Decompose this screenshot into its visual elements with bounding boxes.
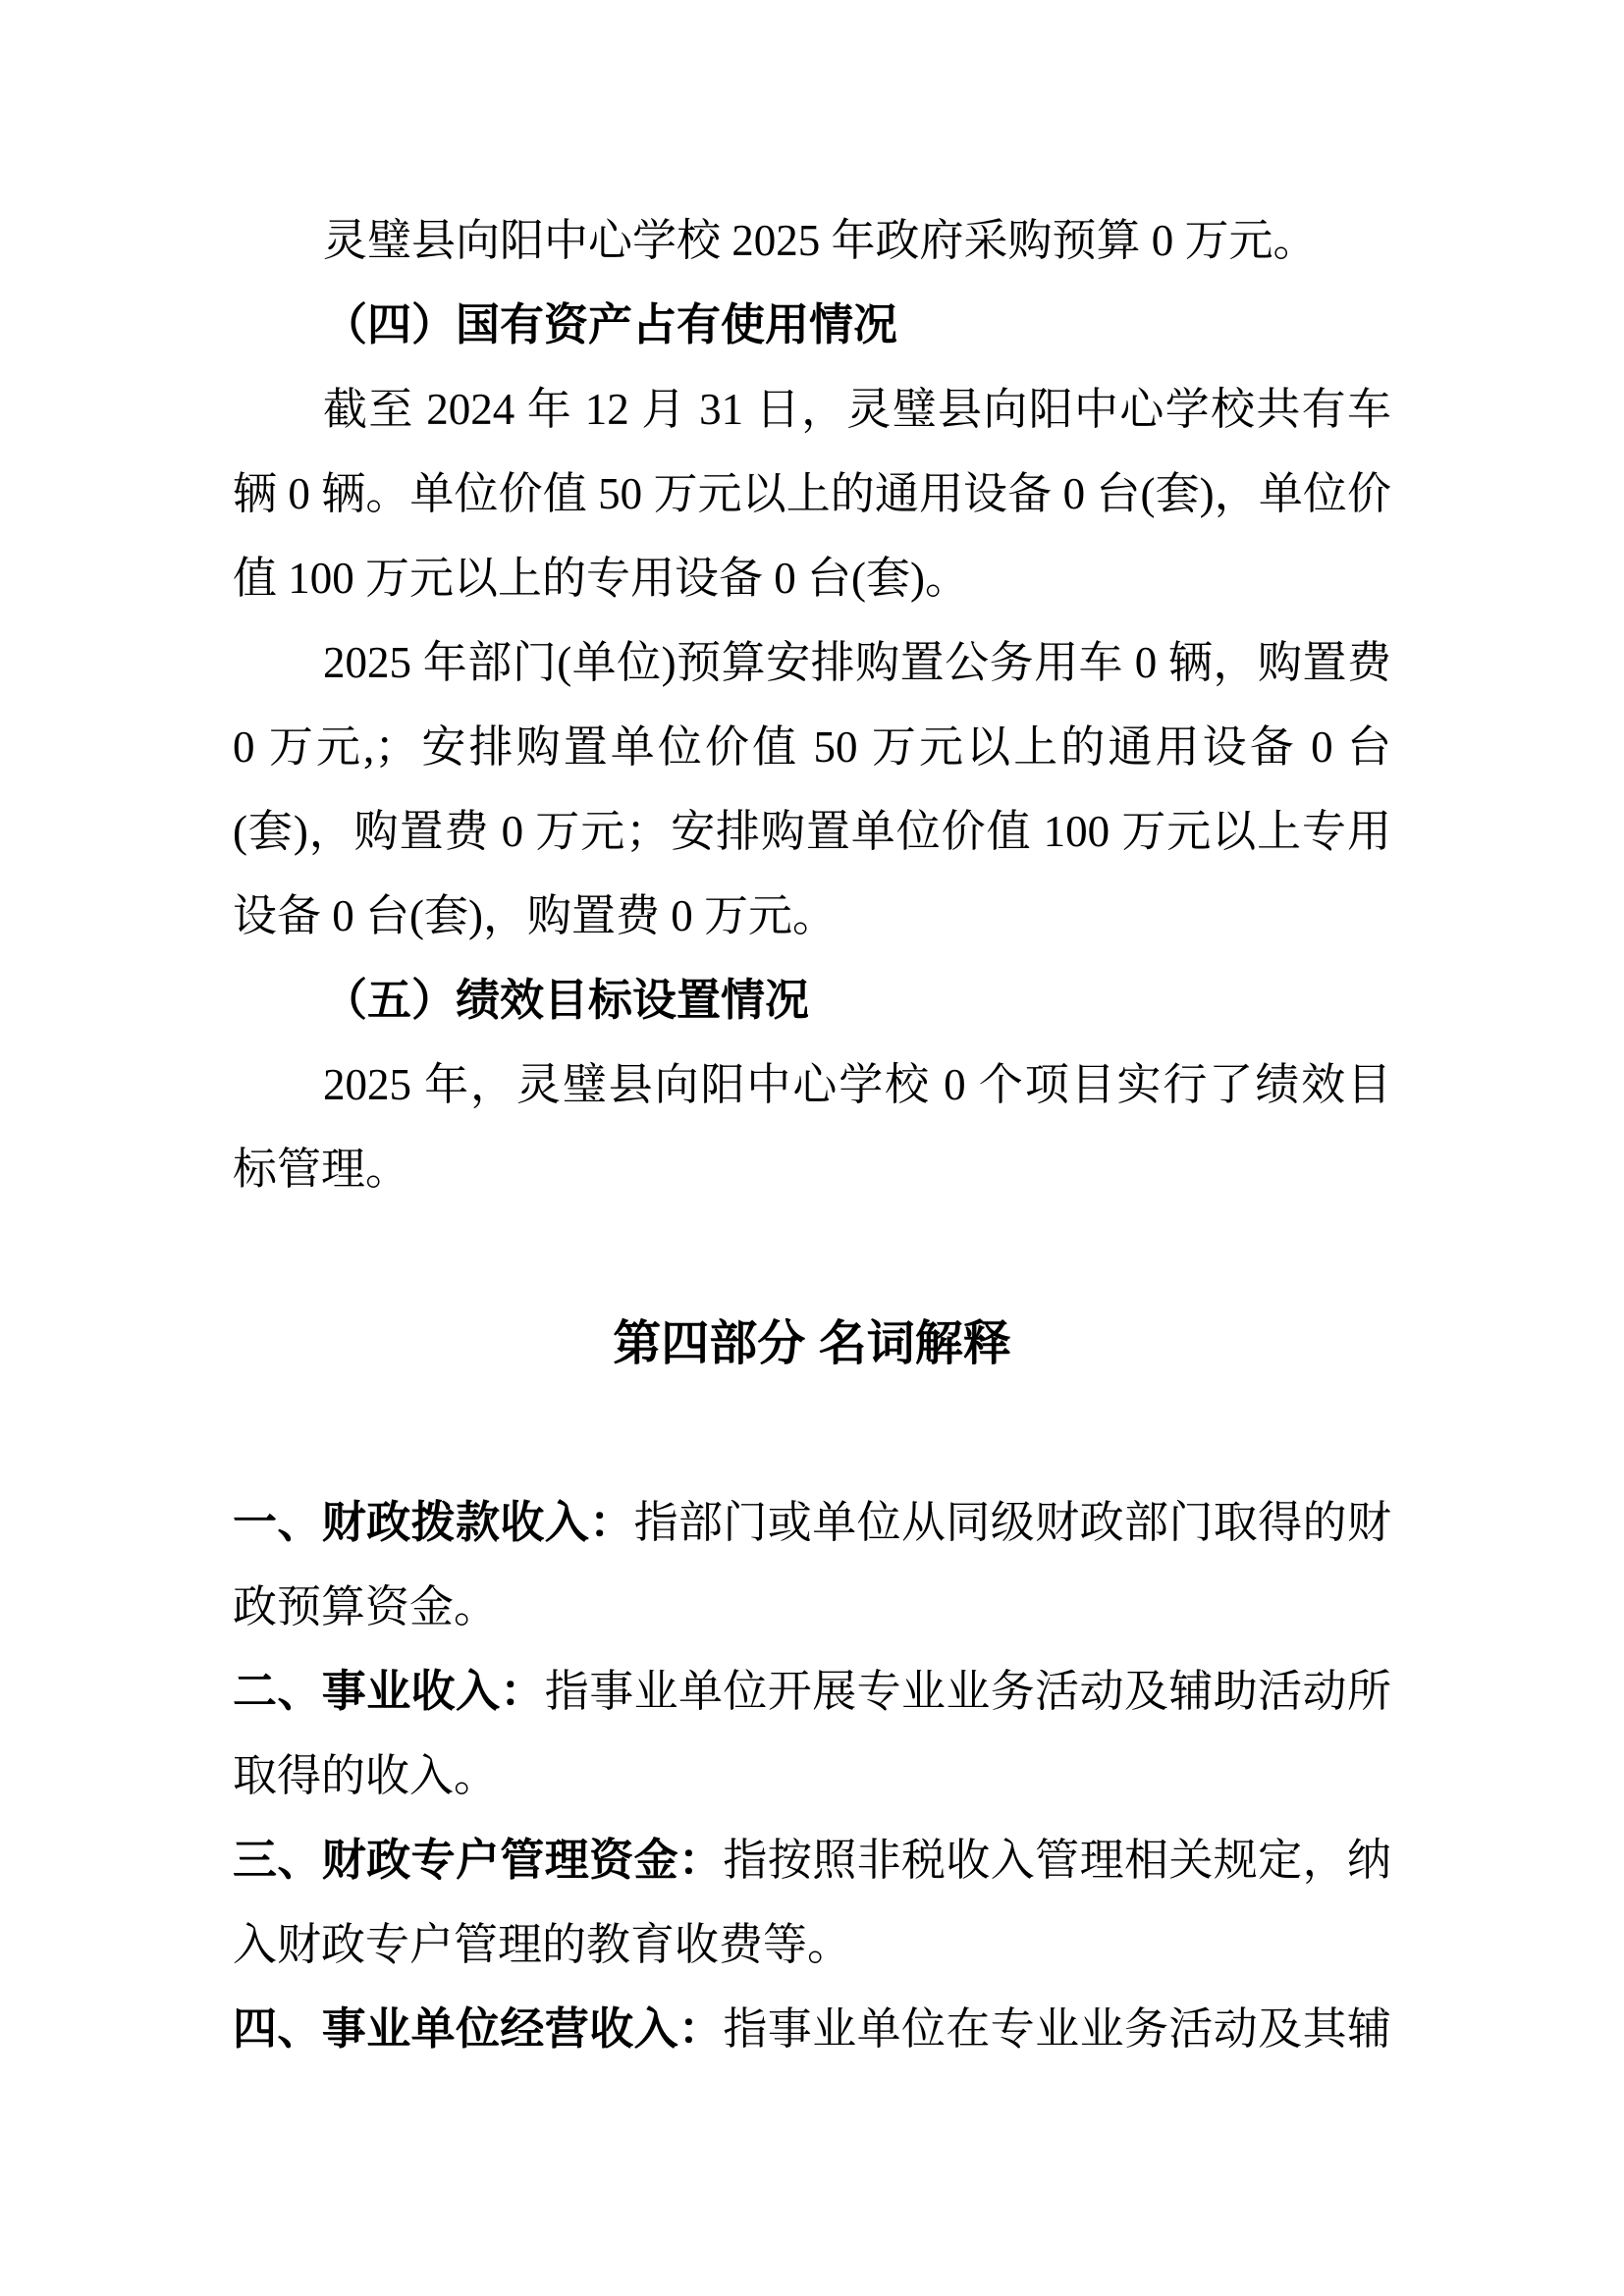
paragraph-procurement-summary: 灵璧县向阳中心学校 2025 年政府采购预算 0 万元。 bbox=[233, 198, 1391, 283]
section-heading-part-four-glossary: 第四部分 名词解释 bbox=[233, 1302, 1391, 1386]
paragraph-asset-usage: 截至 2024 年 12 月 31 日，灵璧县向阳中心学校共有车辆 0 辆。单位… bbox=[233, 367, 1391, 620]
subheading-five-performance-targets: （五）绩效目标设置情况 bbox=[233, 958, 1391, 1042]
glossary-term-label: 三、财政专户管理资金： bbox=[233, 1835, 723, 1885]
subheading-four-state-assets: （四）国有资产占有使用情况 bbox=[233, 283, 1391, 367]
glossary-item-fiscal-appropriation-income: 一、财政拨款收入：指部门或单位从同级财政部门取得的财政预算资金。 bbox=[233, 1480, 1391, 1649]
glossary-item-fiscal-special-account-funds: 三、财政专户管理资金：指按照非税收入管理相关规定，纳入财政专户管理的教育收费等。 bbox=[233, 1818, 1391, 1987]
glossary-term-definition: 指事业单位在专业业务活动及其辅 bbox=[723, 2004, 1391, 2054]
glossary-item-institution-operating-income: 四、事业单位经营收入：指事业单位在专业业务活动及其辅 bbox=[233, 1987, 1391, 2071]
glossary-item-institutional-income: 二、事业收入：指事业单位开展专业业务活动及辅助活动所取得的收入。 bbox=[233, 1649, 1391, 1818]
paragraph-asset-purchase-plan: 2025 年部门(单位)预算安排购置公务用车 0 辆，购置费 0 万元,；安排购… bbox=[233, 620, 1391, 958]
document-page: 灵璧县向阳中心学校 2025 年政府采购预算 0 万元。 （四）国有资产占有使用… bbox=[0, 0, 1624, 2296]
paragraph-performance-target: 2025 年，灵璧县向阳中心学校 0 个项目实行了绩效目标管理。 bbox=[233, 1042, 1391, 1211]
glossary-term-label: 二、事业收入： bbox=[233, 1666, 545, 1716]
glossary-list: 一、财政拨款收入：指部门或单位从同级财政部门取得的财政预算资金。 二、事业收入：… bbox=[233, 1480, 1391, 2071]
glossary-term-label: 四、事业单位经营收入： bbox=[233, 2003, 723, 2054]
glossary-term-label: 一、财政拨款收入： bbox=[233, 1497, 634, 1547]
